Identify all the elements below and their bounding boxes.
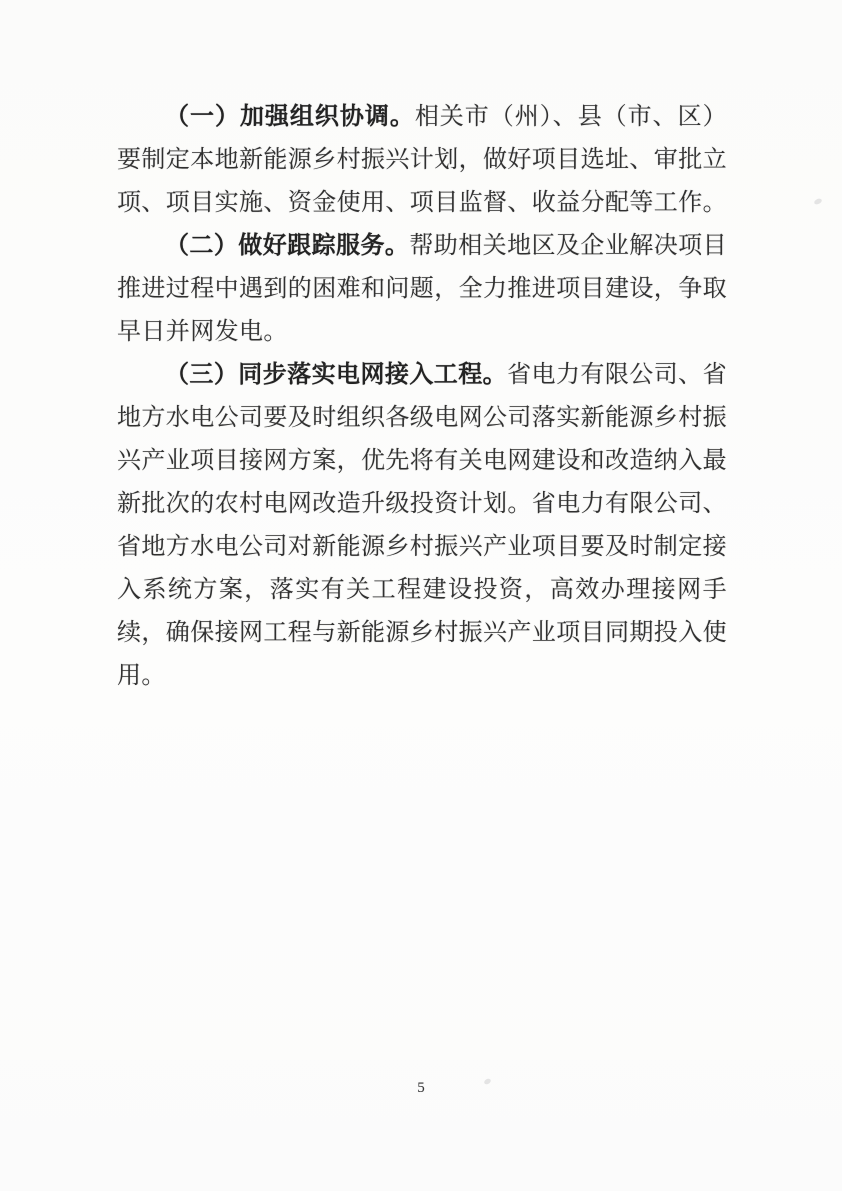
paragraph-heading: （二）做好跟踪服务。 [165,233,409,259]
paragraph-heading: （三）同步落实电网接入工程。 [165,362,507,388]
paragraph-body: 省电力有限公司、省地方水电公司要及时组织各级电网公司落实新能源乡村振兴产业项目接… [117,362,727,689]
document-page: （一）加强组织协调。相关市（州）、县（市、区）要制定本地新能源乡村振兴计划，做好… [0,0,842,1191]
paragraph: （一）加强组织协调。相关市（州）、县（市、区）要制定本地新能源乡村振兴计划，做好… [117,96,727,225]
paragraph: （二）做好跟踪服务。帮助相关地区及企业解决项目推进过程中遇到的困难和问题，全力推… [117,225,727,354]
paragraph: （三）同步落实电网接入工程。省电力有限公司、省地方水电公司要及时组织各级电网公司… [117,354,727,698]
page-number: 5 [0,1080,842,1097]
scan-artifact [813,198,822,206]
paragraph-heading: （一）加强组织协调。 [165,104,415,130]
document-body: （一）加强组织协调。相关市（州）、县（市、区）要制定本地新能源乡村振兴计划，做好… [117,96,727,698]
